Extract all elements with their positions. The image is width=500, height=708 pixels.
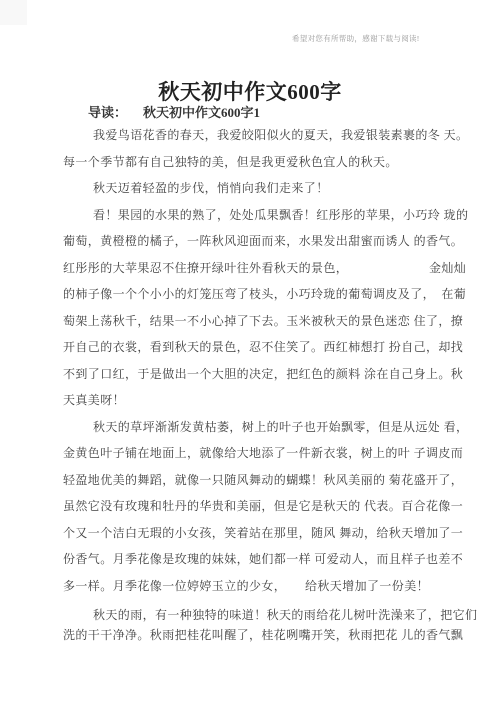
essay-paragraph: 秋天迈着轻盈的步伐，悄悄向我们走来了！ bbox=[63, 175, 465, 202]
essay-paragraph: 我爱鸟语花香的春天，我爱皎阳似火的夏天，我爱银装素裹的冬 天。 每一个季节都有自… bbox=[63, 122, 465, 175]
lead-label: 导读： bbox=[88, 105, 127, 120]
lead-line: 导读：秋天初中作文600字1 bbox=[88, 102, 260, 121]
page-header-note: 希望对您有所帮助，感谢下载与阅读! bbox=[292, 33, 420, 44]
page-corner-artifact bbox=[0, 0, 27, 25]
essay-paragraph: 看！果园的水果的熟了，处处瓜果飘香！红彤彤的苹果，小巧玲 珑的 葡萄，黄橙橙的橘… bbox=[63, 202, 465, 414]
essay-paragraph: 秋天的雨，有一种独特的味道！秋天的雨给花儿树叶洗澡来了，把它们 洗的干干净净。秋… bbox=[63, 605, 465, 645]
essay-body: 我爱鸟语花香的春天，我爱皎阳似火的夏天，我爱银装素裹的冬 天。 每一个季节都有自… bbox=[63, 122, 465, 645]
essay-paragraph: 秋天的草坪渐渐发黄枯萎，树上的叶子也开始飘零，但是从远处 看， 金黄色叶子铺在地… bbox=[63, 414, 465, 600]
lead-text: 秋天初中作文600字1 bbox=[143, 105, 260, 120]
